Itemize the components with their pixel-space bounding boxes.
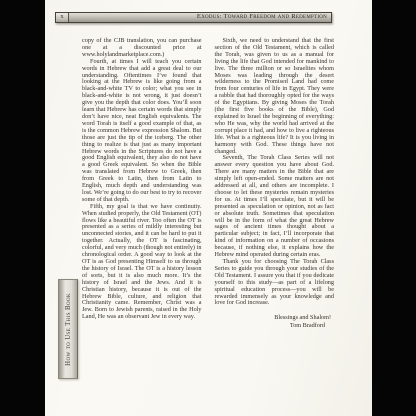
paragraph: Seventh, The Torah Class Series will not… bbox=[215, 155, 335, 259]
signature-blessing: Blessings and Shalom! bbox=[215, 314, 332, 322]
paragraph: Fifth, my goal is that we have continuit… bbox=[82, 204, 202, 321]
book-page: x Exodus: Toward Freedom and Redemption … bbox=[45, 0, 372, 416]
page-number-box: x bbox=[56, 13, 69, 22]
running-head-title: Exodus: Toward Freedom and Redemption bbox=[69, 14, 331, 21]
page-number: x bbox=[60, 14, 63, 21]
paragraph: Fourth, at times I will teach you certai… bbox=[82, 59, 202, 204]
signature-block: Blessings and Shalom! Tom Bradford bbox=[215, 314, 335, 329]
left-column: copy of the CJB translation, you can pur… bbox=[82, 38, 202, 329]
paragraph: Sixth, we need to understand that the fi… bbox=[215, 38, 335, 155]
scan-black-margin-right bbox=[372, 0, 416, 416]
signature-author-name: Tom Bradford bbox=[215, 322, 332, 330]
running-head-bar: x Exodus: Toward Freedom and Redemption bbox=[55, 12, 332, 23]
paragraph: copy of the CJB translation, you can pur… bbox=[82, 38, 202, 59]
right-column: Sixth, we need to understand that the fi… bbox=[215, 38, 335, 329]
paragraph: Thank you for choosing The Torah Class S… bbox=[215, 259, 335, 307]
chapter-side-tab: How to Use This Book bbox=[58, 279, 78, 379]
chapter-side-tab-label: How to Use This Book bbox=[65, 293, 72, 366]
scan-black-margin-left bbox=[0, 0, 45, 416]
body-text-columns: copy of the CJB translation, you can pur… bbox=[82, 38, 334, 329]
scanned-book-page-screenshot: { "colors": { "scan_margin": "#050505", … bbox=[0, 0, 416, 416]
